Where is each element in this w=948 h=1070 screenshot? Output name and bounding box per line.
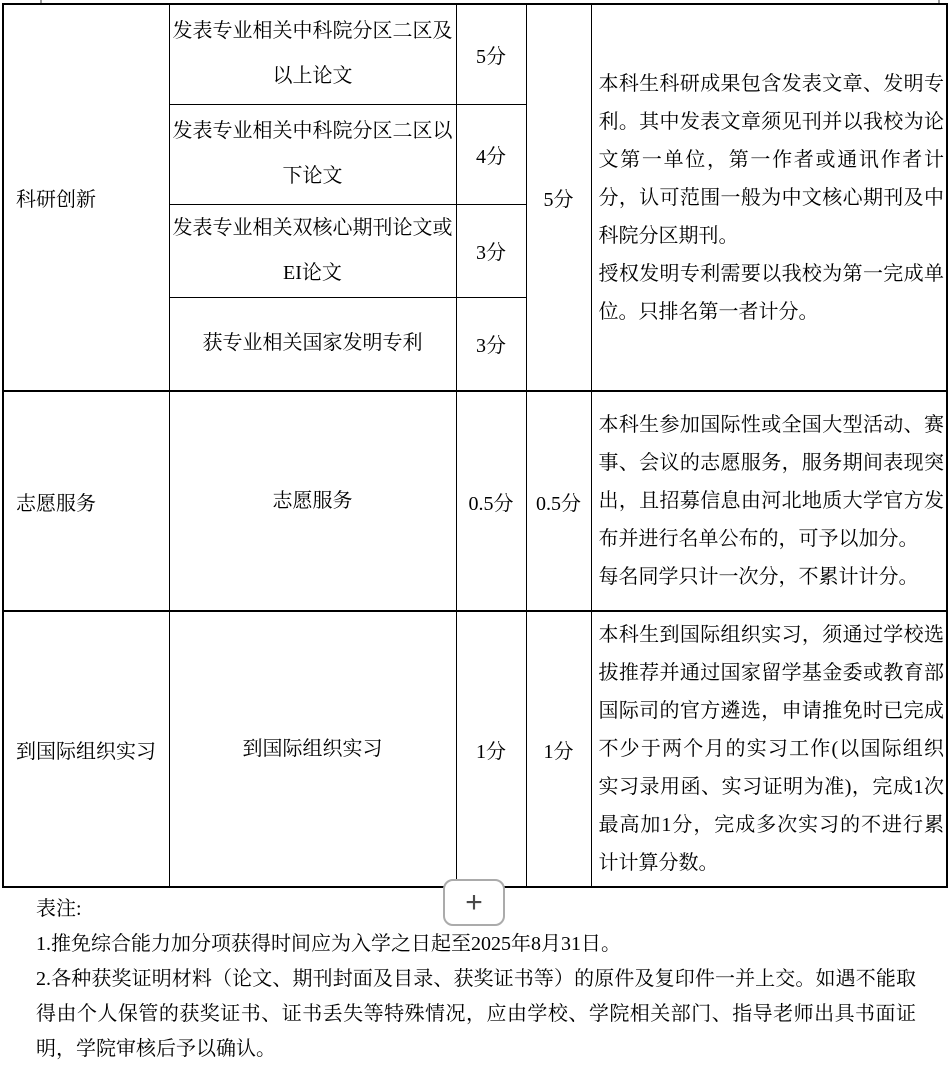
category-cell-internship: 到国际组织实习 [3, 611, 169, 887]
score-cell: 3分 [456, 297, 526, 391]
max-score-cell: 1分 [526, 611, 591, 887]
description-paragraph: 本科生科研成果包含发表文章、发明专利。其中发表文章须见刊并以我校为论文第一单位，… [599, 65, 945, 255]
bonus-points-table: 科研创新 发表专业相关中科院分区二区及以上论文 5分 5分 本科生科研成果包含发… [2, 3, 948, 888]
description-paragraph: 本科生到国际组织实习，须通过学校选拔推荐并通过国家留学基金委或教育部国际司的官方… [599, 616, 945, 882]
table-row: 志愿服务 志愿服务 0.5分 0.5分 本科生参加国际性或全国大型活动、赛事、会… [3, 391, 947, 611]
max-score-cell: 5分 [526, 4, 591, 391]
score-cell: 0.5分 [456, 391, 526, 611]
document-page: 科研创新 发表专业相关中科院分区二区及以上论文 5分 5分 本科生科研成果包含发… [0, 0, 948, 1070]
note-item-1: 1.推免综合能力加分项获得时间应为入学之日起至2025年8月31日。 [36, 927, 916, 962]
item-cell: 发表专业相关中科院分区二区及以上论文 [169, 4, 456, 104]
description-paragraph: 每名同学只计一次分，不累计计分。 [599, 558, 945, 596]
notes-label: 表注: [36, 892, 916, 927]
item-cell: 志愿服务 [169, 391, 456, 611]
description-cell: 本科生参加国际性或全国大型活动、赛事、会议的志愿服务，服务期间表现突出，且招募信… [591, 391, 947, 611]
item-cell: 发表专业相关中科院分区二区以下论文 [169, 104, 456, 204]
category-cell-volunteer: 志愿服务 [3, 391, 169, 611]
score-cell: 3分 [456, 204, 526, 297]
table-notes: 表注: 1.推免综合能力加分项获得时间应为入学之日起至2025年8月31日。 2… [36, 892, 916, 1067]
max-score-cell: 0.5分 [526, 391, 591, 611]
item-cell: 获专业相关国家发明专利 [169, 297, 456, 391]
description-paragraph: 授权发明专利需要以我校为第一完成单位。只排名第一者计分。 [599, 255, 945, 331]
table-row: 科研创新 发表专业相关中科院分区二区及以上论文 5分 5分 本科生科研成果包含发… [3, 4, 947, 104]
item-cell: 发表专业相关双核心期刊论文或EI论文 [169, 204, 456, 297]
description-cell: 本科生科研成果包含发表文章、发明专利。其中发表文章须见刊并以我校为论文第一单位，… [591, 4, 947, 391]
table-row: 到国际组织实习 到国际组织实习 1分 1分 本科生到国际组织实习，须通过学校选拔… [3, 611, 947, 887]
score-cell: 4分 [456, 104, 526, 204]
note-item-2: 2.各种获奖证明材料（论文、期刊封面及目录、获奖证书等）的原件及复印件一并上交。… [36, 962, 916, 1067]
description-cell: 本科生到国际组织实习，须通过学校选拔推荐并通过国家留学基金委或教育部国际司的官方… [591, 611, 947, 887]
score-cell: 5分 [456, 4, 526, 104]
category-cell-research: 科研创新 [3, 4, 169, 391]
item-cell: 到国际组织实习 [169, 611, 456, 887]
description-paragraph: 本科生参加国际性或全国大型活动、赛事、会议的志愿服务，服务期间表现突出，且招募信… [599, 406, 945, 558]
score-cell: 1分 [456, 611, 526, 887]
